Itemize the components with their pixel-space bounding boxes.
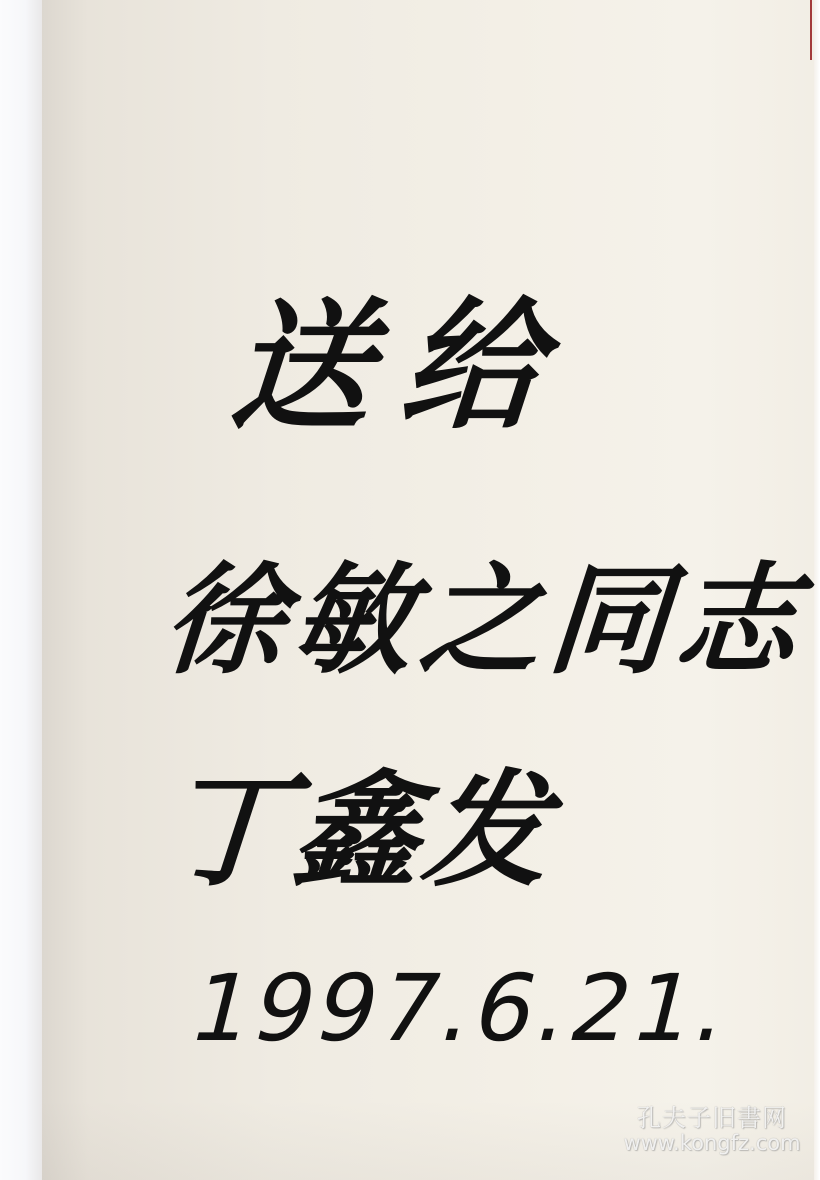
watermark-site-name: 孔夫子旧書网 — [612, 1098, 812, 1133]
inscription-recipient: 徐敏之同志 — [150, 525, 820, 697]
red-edge-mark — [810, 0, 812, 60]
book-binding — [0, 0, 42, 1180]
watermark-url: www.kongfz.com — [612, 1131, 812, 1155]
inscription-signature: 丁鑫发 — [150, 730, 595, 910]
inscription-line-to: 送给 — [215, 255, 620, 456]
inscription-date: 1997.6.21. — [180, 955, 744, 1062]
watermark: 孔夫子旧書网 www.kongfz.com — [612, 1098, 812, 1155]
